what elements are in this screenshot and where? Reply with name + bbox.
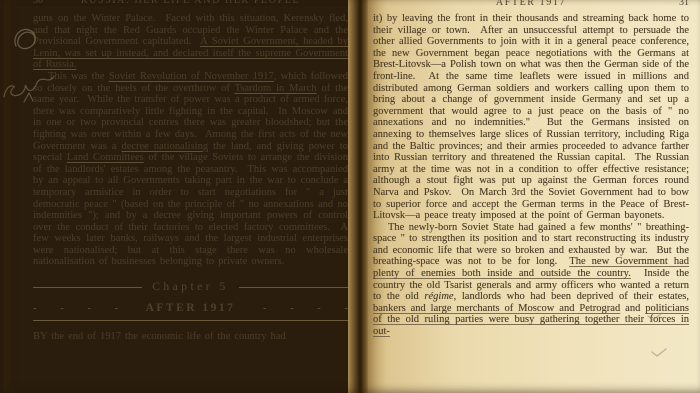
left-page: 30 RUSSIA: HER LIFE AND HER PEOPLE guns … (4, 0, 350, 393)
body-paragraph: The newly-born Soviet State had gained a… (373, 222, 689, 338)
left-page-number: 30 (33, 0, 73, 7)
dash-ornament-left: - - - - (33, 302, 118, 314)
dash-ornament-right: - - - - (263, 302, 348, 314)
chapter-opening-line: BY the end of 1917 the economic life of … (33, 331, 348, 343)
right-running-title: AFTER 1917 (413, 0, 649, 9)
book-gutter (348, 0, 370, 393)
body-paragraph: This was the Soviet Revolution of Novemb… (33, 71, 348, 268)
body-paragraph: it) by leaving the front in their thousa… (373, 13, 689, 222)
book-photo: 30 RUSSIA: HER LIFE AND HER PEOPLE guns … (0, 0, 700, 393)
chapter-subheading: - - - - AFTER 1917 - - - - (33, 302, 348, 314)
chapter-title: Chapter 5 (152, 281, 229, 293)
chapter-rule-right (239, 287, 348, 288)
left-body-text: guns on the Winter Palace. Faced with th… (33, 13, 348, 268)
chapter-heading: Chapter 5 (33, 281, 348, 293)
left-running-title: RUSSIA: HER LIFE AND HER PEOPLE (73, 0, 308, 7)
right-page-number: 31 (649, 0, 689, 9)
body-paragraph: guns on the Winter Palace. Faced with th… (33, 13, 348, 71)
right-body-text: it) by leaving the front in their thousa… (373, 13, 689, 338)
right-page: AFTER 1917 31 it) by leaving the front i… (368, 0, 700, 393)
chapter-underline-rule (33, 320, 348, 321)
chapter-rule-left (33, 287, 142, 288)
right-running-head: AFTER 1917 31 (373, 0, 689, 9)
left-running-head: 30 RUSSIA: HER LIFE AND HER PEOPLE (33, 0, 348, 9)
chapter-subtitle: AFTER 1917 (146, 302, 236, 314)
